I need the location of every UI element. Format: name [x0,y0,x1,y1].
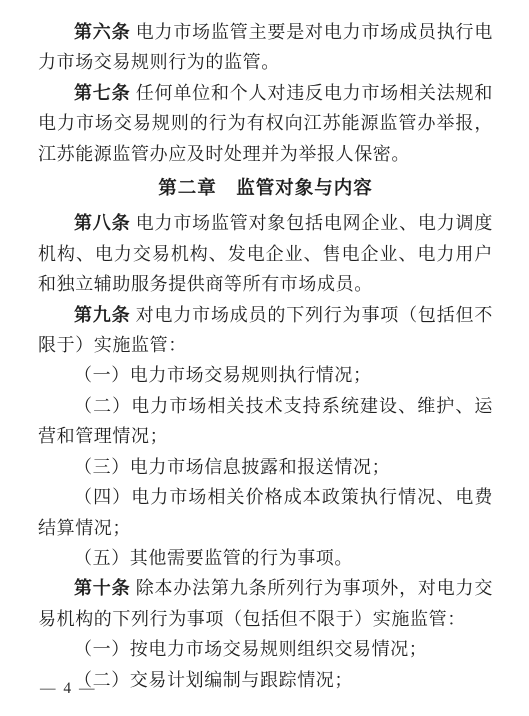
article-paragraph: 第九条 对电力市场成员的下列行为事项（包括但不限于）实施监管： [38,300,493,361]
page-number: — 4 — [40,680,97,698]
article-paragraph: 第七条 任何单位和个人对违反电力市场相关法规和电力市场交易规则的行为有权向江苏能… [38,78,493,169]
document-page: 第六条 电力市场监管主要是对电力市场成员执行电力市场交易规则行为的监管。第七条 … [0,0,529,716]
chapter-label: 第二章 [158,177,217,198]
article-paragraph: 第八条 电力市场监管对象包括电网企业、电力调度机构、电力交易机构、发电企业、售电… [38,208,493,299]
list-item: （一）电力市场交易规则执行情况； [38,360,493,390]
list-item: （一）按电力市场交易规则组织交易情况； [38,634,493,664]
list-item: （五）其他需要监管的行为事项。 [38,543,493,573]
list-item: （二）交易计划编制与跟踪情况； [38,665,493,695]
list-item: （三）电力市场信息披露和报送情况； [38,452,493,482]
article-label: 第七条 [74,83,130,103]
article-paragraph: 第十条 除本办法第九条所列行为事项外，对电力交易机构的下列行为事项（包括但不限于… [38,573,493,634]
article-label: 第八条 [74,213,130,233]
article-label: 第六条 [74,22,130,42]
article-label: 第九条 [74,305,130,325]
list-item: （四）电力市场相关价格成本政策执行情况、电费结算情况； [38,482,493,543]
chapter-heading: 第二章 监管对象与内容 [38,173,493,203]
article-paragraph: 第六条 电力市场监管主要是对电力市场成员执行电力市场交易规则行为的监管。 [38,17,493,78]
article-label: 第十条 [74,578,130,598]
list-item: （二）电力市场相关技术支持系统建设、维护、运营和管理情况； [38,391,493,452]
document-body: 第六条 电力市场监管主要是对电力市场成员执行电力市场交易规则行为的监管。第七条 … [38,17,493,695]
